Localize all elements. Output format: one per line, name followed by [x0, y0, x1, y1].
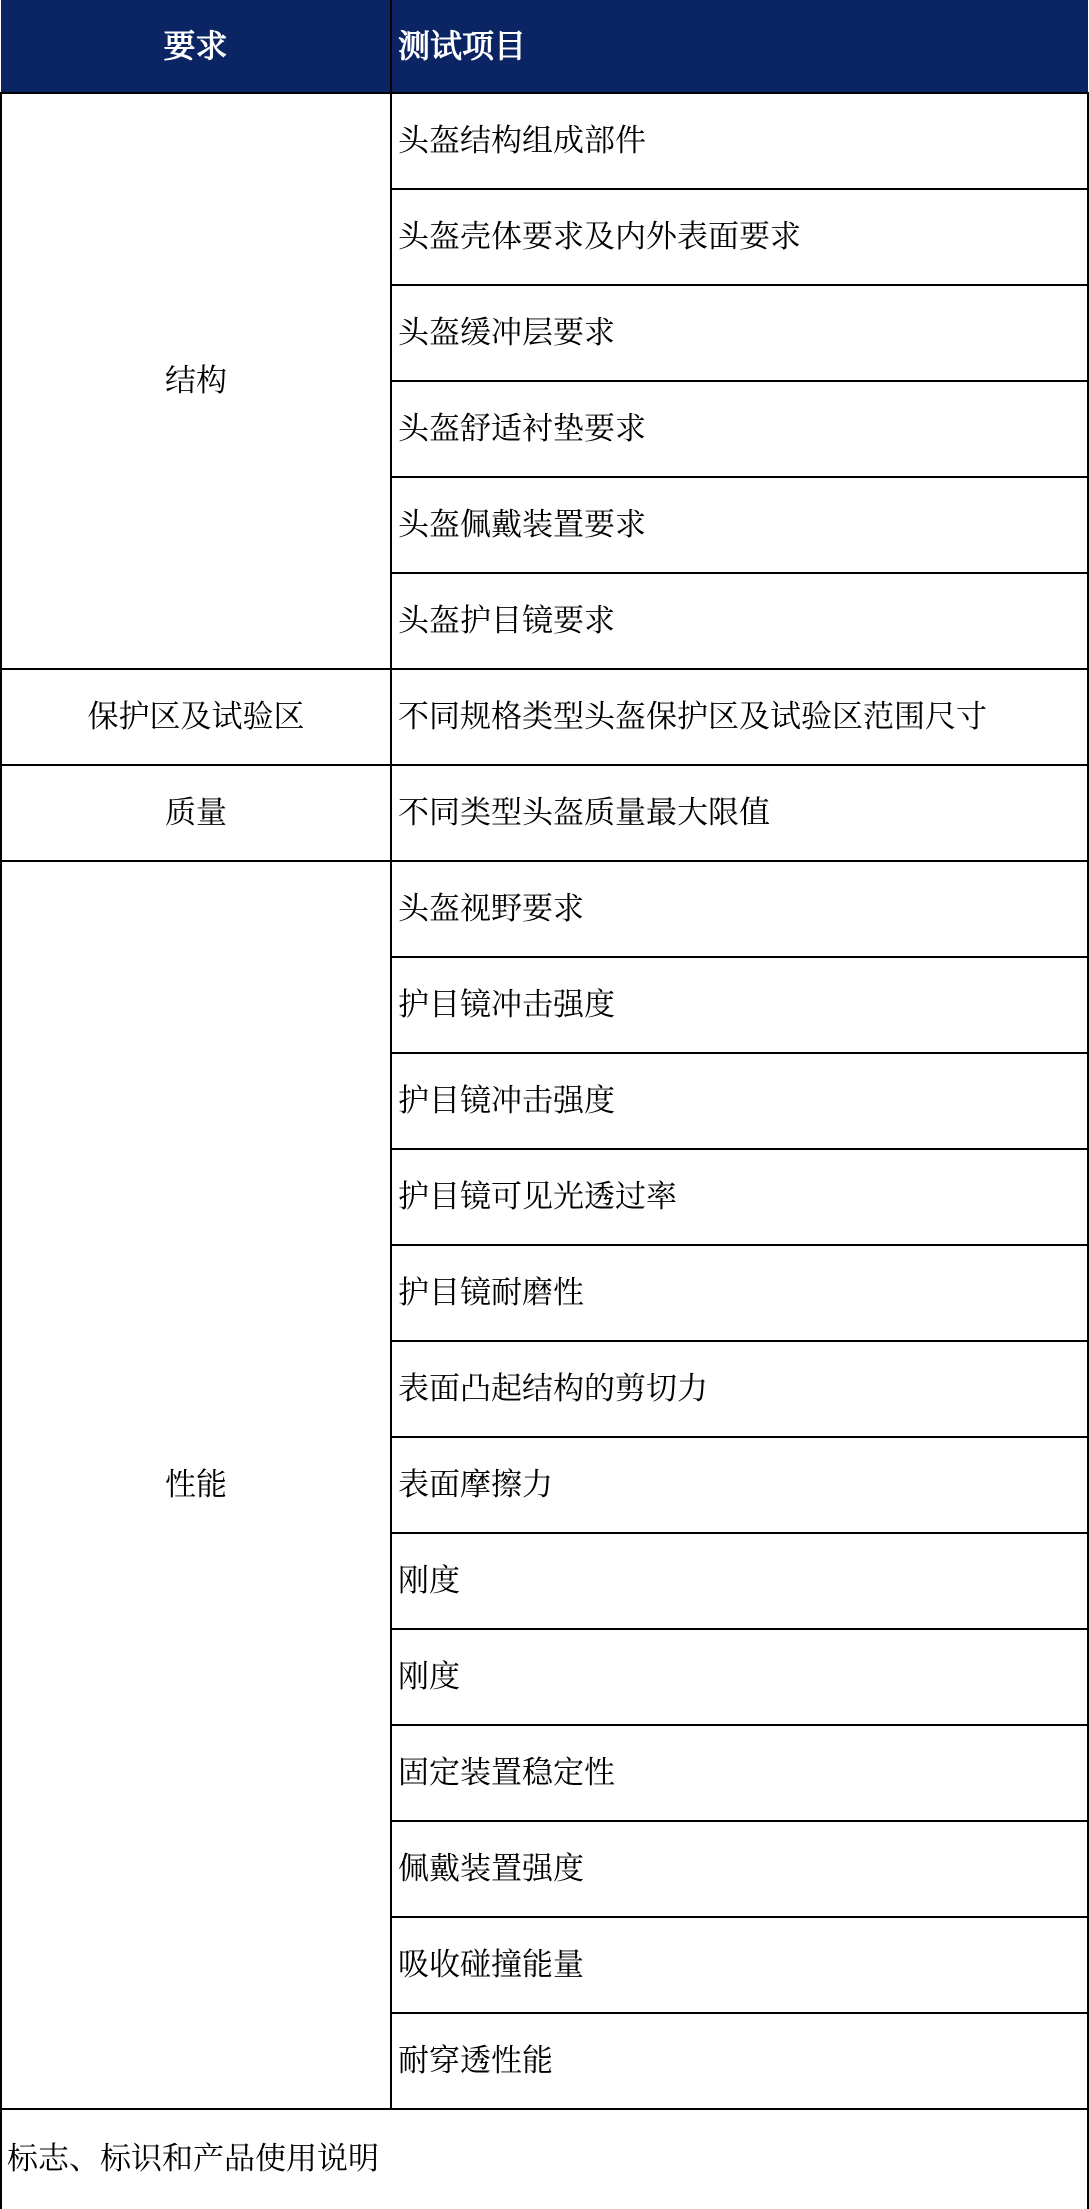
- test-item-cell: 表面凸起结构的剪切力: [391, 1341, 1088, 1437]
- requirement-cell-structure: 结构: [1, 93, 391, 669]
- test-item-cell: 刚度: [391, 1629, 1088, 1725]
- test-item-cell: 不同类型头盔质量最大限值: [391, 765, 1088, 861]
- test-item-cell: 头盔视野要求: [391, 861, 1088, 957]
- table-row: 性能 头盔视野要求: [1, 861, 1088, 957]
- test-item-cell: 头盔结构组成部件: [391, 93, 1088, 189]
- test-item-cell: 不同规格类型头盔保护区及试验区范围尺寸: [391, 669, 1088, 765]
- requirement-cell-performance: 性能: [1, 861, 391, 2109]
- test-item-cell: 护目镜耐磨性: [391, 1245, 1088, 1341]
- header-row: 要求 测试项目: [1, 0, 1088, 93]
- header-cell-test-item: 测试项目: [391, 0, 1088, 93]
- test-item-cell: 头盔壳体要求及内外表面要求: [391, 189, 1088, 285]
- footer-row: 标志、标识和产品使用说明: [1, 2109, 1088, 2209]
- test-item-cell: 佩戴装置强度: [391, 1821, 1088, 1917]
- table-row: 保护区及试验区 不同规格类型头盔保护区及试验区范围尺寸: [1, 669, 1088, 765]
- test-item-cell: 吸收碰撞能量: [391, 1917, 1088, 2013]
- requirement-cell-protection-zone: 保护区及试验区: [1, 669, 391, 765]
- test-item-cell: 刚度: [391, 1533, 1088, 1629]
- test-item-cell: 头盔护目镜要求: [391, 573, 1088, 669]
- test-item-cell: 耐穿透性能: [391, 2013, 1088, 2109]
- test-item-cell: 护目镜冲击强度: [391, 1053, 1088, 1149]
- requirements-test-table: 要求 测试项目 结构 头盔结构组成部件 头盔壳体要求及内外表面要求 头盔缓冲层要…: [0, 0, 1089, 2209]
- table-row: 结构 头盔结构组成部件: [1, 93, 1088, 189]
- requirement-cell-mass: 质量: [1, 765, 391, 861]
- header-cell-requirement: 要求: [1, 0, 391, 93]
- table-header: 要求 测试项目: [1, 0, 1088, 93]
- test-item-cell: 头盔佩戴装置要求: [391, 477, 1088, 573]
- test-item-cell: 固定装置稳定性: [391, 1725, 1088, 1821]
- table-row: 质量 不同类型头盔质量最大限值: [1, 765, 1088, 861]
- table-body: 结构 头盔结构组成部件 头盔壳体要求及内外表面要求 头盔缓冲层要求 头盔舒适衬垫…: [1, 93, 1088, 2209]
- test-item-cell: 头盔舒适衬垫要求: [391, 381, 1088, 477]
- test-item-cell: 护目镜可见光透过率: [391, 1149, 1088, 1245]
- footer-cell-marking-instructions: 标志、标识和产品使用说明: [1, 2109, 1088, 2209]
- test-item-cell: 护目镜冲击强度: [391, 957, 1088, 1053]
- test-item-cell: 头盔缓冲层要求: [391, 285, 1088, 381]
- test-item-cell: 表面摩擦力: [391, 1437, 1088, 1533]
